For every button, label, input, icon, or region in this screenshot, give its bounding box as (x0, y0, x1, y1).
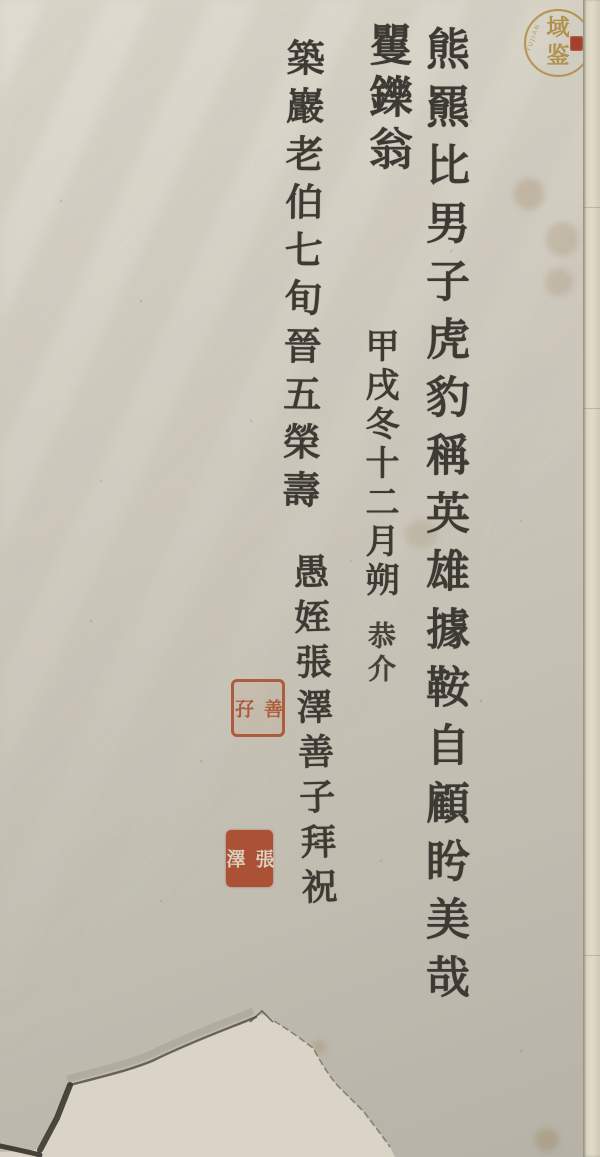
logo-mini-seal-icon (570, 36, 583, 51)
scroll-artwork: 熊羆比男子虎豹稱英雄據鞍自顧盻美哉 矍鑠翁 甲戌冬十二月朔恭介 築巖老伯七旬晉五… (0, 0, 600, 1157)
paper-specks (0, 0, 2, 2)
rock-painting (0, 955, 600, 1157)
seal-char: 孖 (230, 699, 257, 718)
mounting-crease (583, 955, 600, 956)
date-text: 甲戌冬十二月朔 (359, 328, 399, 601)
seal-char: 張 (251, 849, 278, 868)
mounting-crease (583, 207, 600, 208)
date-suffix-text: 恭介 (363, 621, 396, 687)
mounting-crease (583, 408, 600, 409)
poem-column-main: 熊羆比男子虎豹稱英雄據鞍自顧盻美哉 (421, 26, 465, 1012)
signature-column: 愚姪張澤善子拜祝 (289, 553, 334, 914)
paper-stain (545, 268, 573, 296)
seal-char: 善 (259, 699, 286, 718)
artist-seal-upper: 善 孖 (231, 679, 285, 737)
poem-column-end: 矍鑠翁 (364, 22, 408, 178)
paper-stain (546, 222, 578, 256)
date-column: 甲戌冬十二月朔恭介 (362, 328, 396, 687)
scroll-mounting-edge (583, 0, 600, 1157)
artist-seal-lower: 張 澤 (226, 830, 273, 887)
dedication-column: 築巖老伯七旬晉五榮壽 (278, 38, 321, 518)
paper-stain (514, 178, 544, 210)
seal-char: 澤 (222, 849, 249, 868)
yujian-watermark-logo: 域 鉴 YUJIAN (524, 9, 592, 77)
